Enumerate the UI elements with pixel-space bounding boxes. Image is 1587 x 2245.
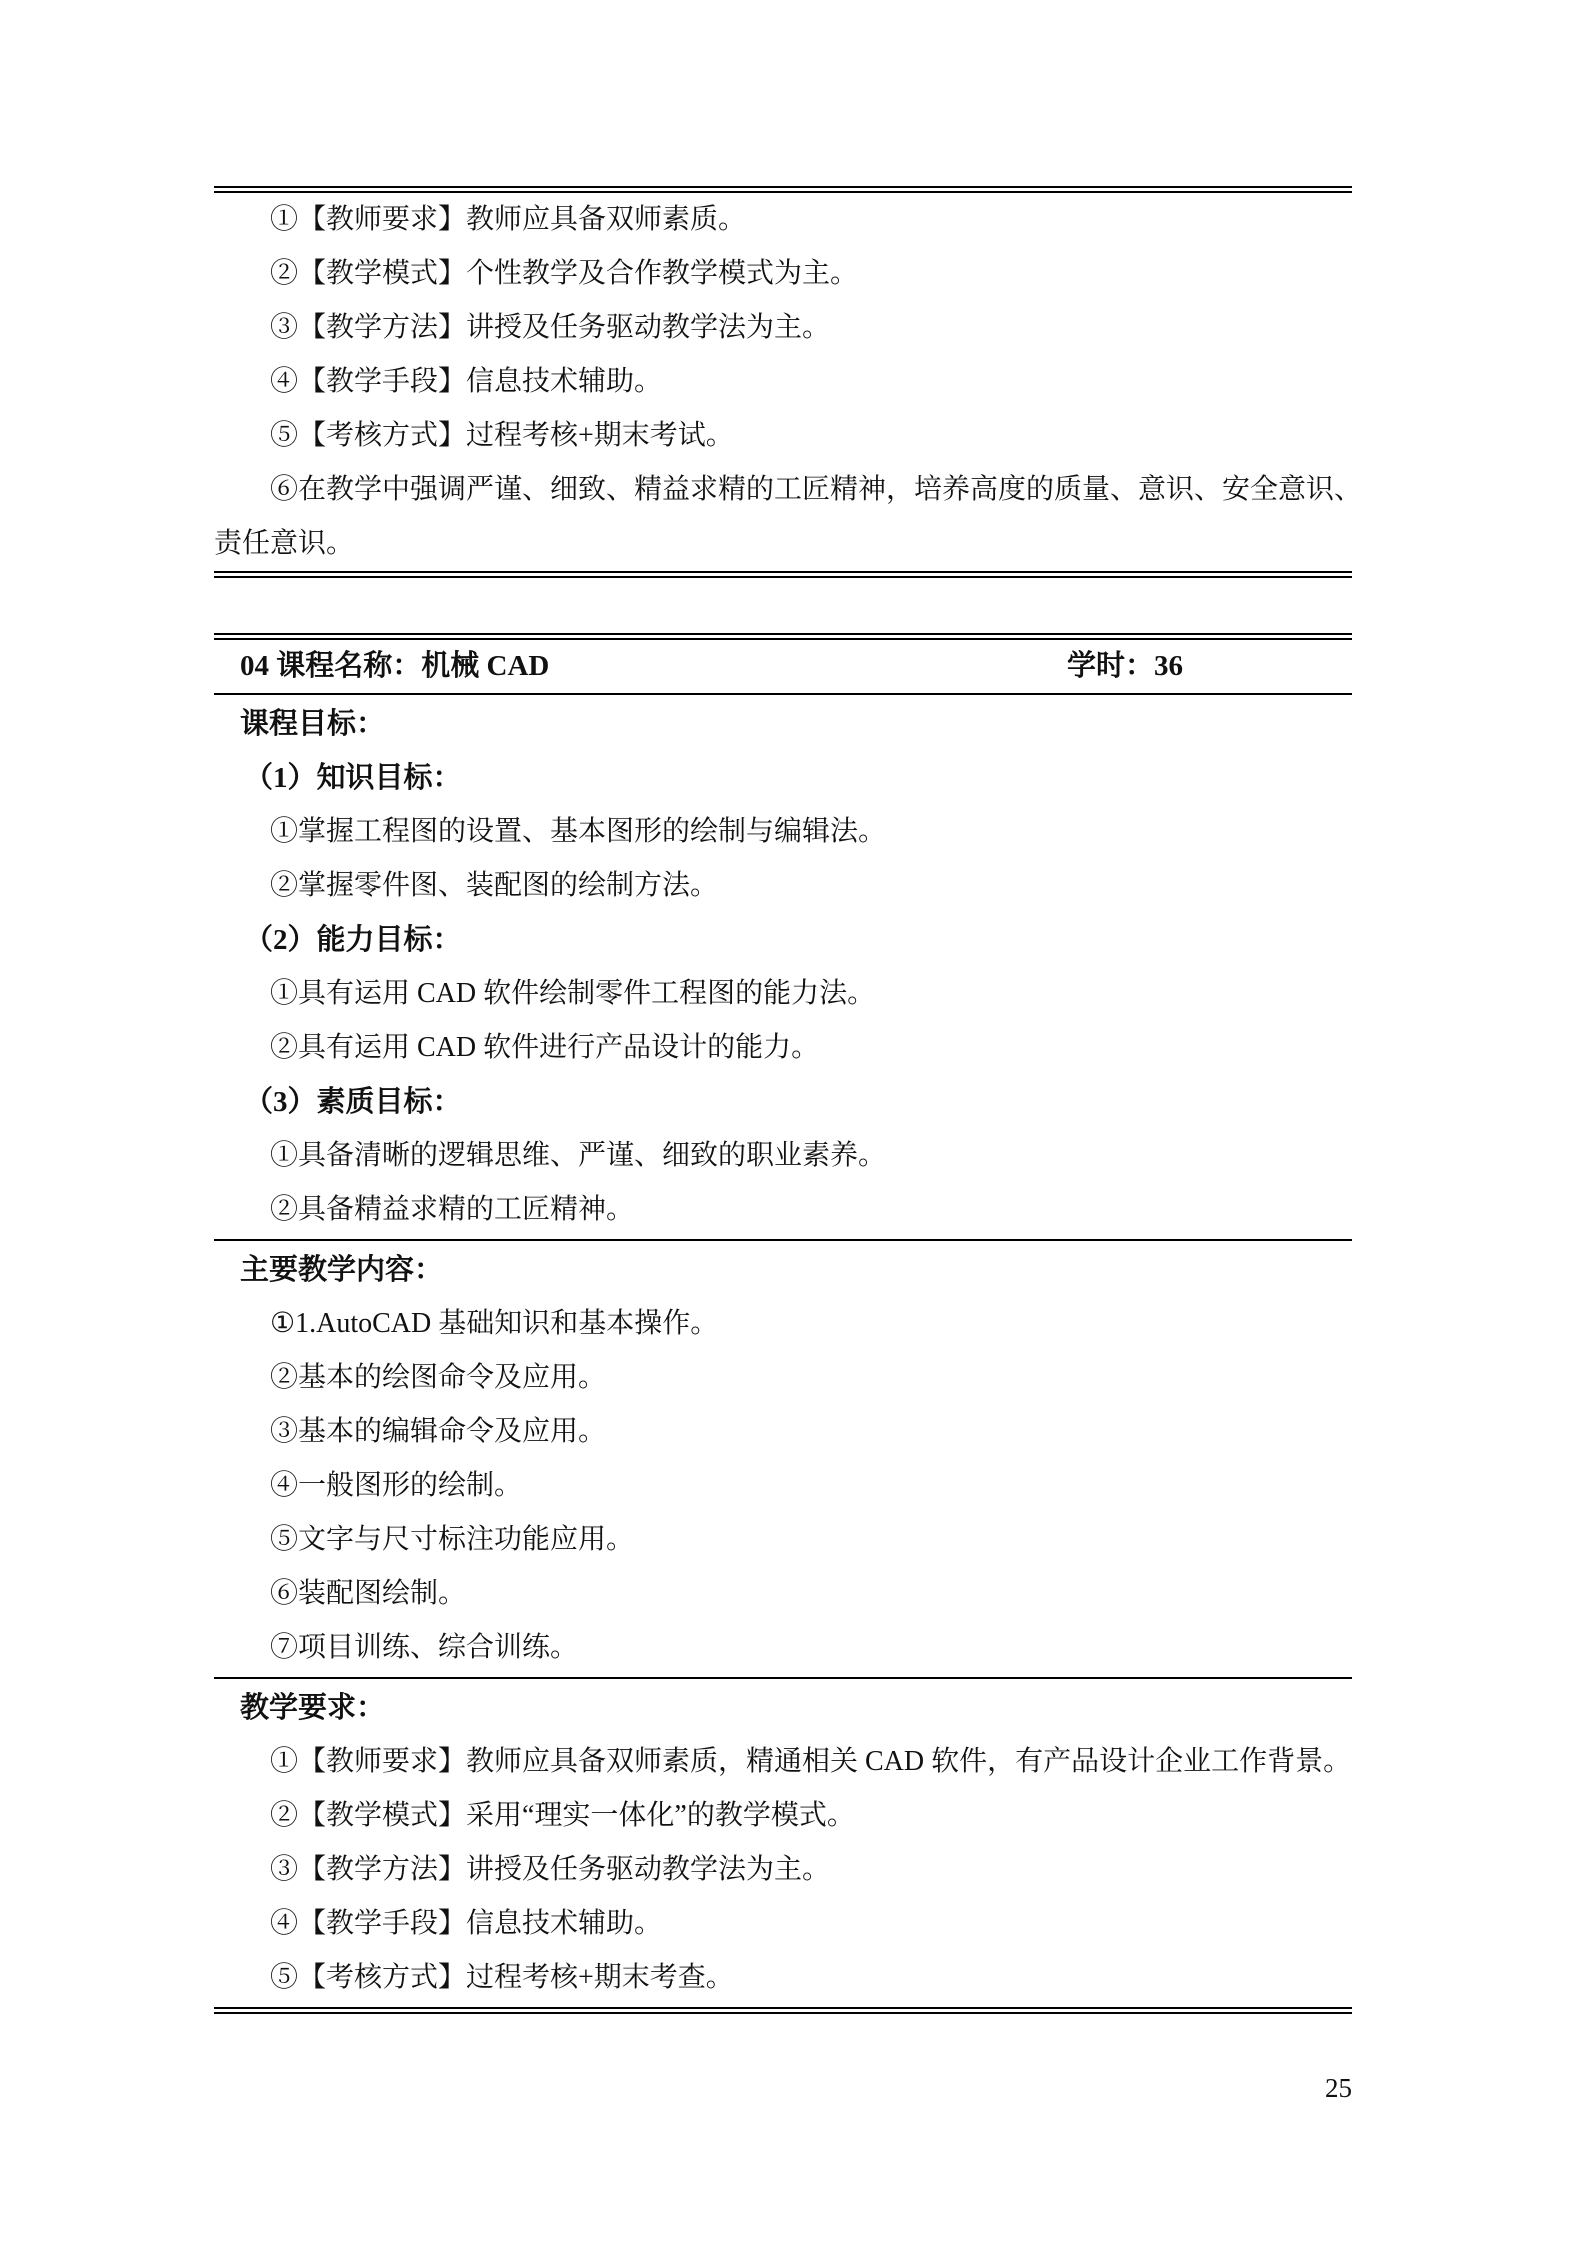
teaching-requirements-section: 教学要求： ①【教师要求】教师应具备双师素质，精通相关 CAD 软件，有产品设计…	[214, 1679, 1352, 2007]
requirement-item-wrapped: ⑥在教学中强调严谨、细致、精益求精的工匠精神，培养高度的质量、意识、安全意识、 …	[214, 463, 1352, 571]
objective-group-label: （3）素质目标：	[214, 1075, 1352, 1129]
page-number: 25	[1325, 2061, 1352, 2115]
course-objectives-section: 课程目标： （1）知识目标： ①掌握工程图的设置、基本图形的绘制与编辑法。 ②掌…	[214, 695, 1352, 1241]
objectives-heading: 课程目标：	[214, 697, 1352, 751]
objective-group-label: （2）能力目标：	[214, 913, 1352, 967]
content-item: ②基本的绘图命令及应用。	[214, 1351, 1352, 1405]
content-item: ⑦项目训练、综合训练。	[214, 1621, 1352, 1675]
requirement-item: ⑤【考核方式】过程考核+期末考试。	[214, 409, 1352, 463]
objective-group-label: （1）知识目标：	[214, 751, 1352, 805]
prev-course-requirements-block: ①【教师要求】教师应具备双师素质。 ②【教学模式】个性教学及合作教学模式为主。 …	[214, 186, 1352, 578]
requirement-item: ④【教学手段】信息技术辅助。	[214, 1897, 1352, 1951]
content-item: ④一般图形的绘制。	[214, 1459, 1352, 1513]
teaching-requirements-heading: 教学要求：	[214, 1681, 1352, 1735]
content-item: ⑥装配图绘制。	[214, 1567, 1352, 1621]
document-content: ①【教师要求】教师应具备双师素质。 ②【教学模式】个性教学及合作教学模式为主。 …	[214, 186, 1352, 2014]
requirement-item: ④【教学手段】信息技术辅助。	[214, 355, 1352, 409]
requirement-item: ①【教师要求】教师应具备双师素质。	[214, 193, 1352, 247]
requirement-item: ⑤【考核方式】过程考核+期末考查。	[214, 1951, 1352, 2005]
requirement-item: ③【教学方法】讲授及任务驱动教学法为主。	[214, 301, 1352, 355]
requirement-item-line1: ⑥在教学中强调严谨、细致、精益求精的工匠精神，培养高度的质量、意识、安全意识、	[214, 463, 1352, 517]
content-item: ⑤文字与尺寸标注功能应用。	[214, 1513, 1352, 1567]
objective-item: ②具备精益求精的工匠精神。	[214, 1183, 1352, 1237]
course-title: 04 课程名称：机械 CAD	[240, 650, 549, 682]
requirement-item: ②【教学模式】个性教学及合作教学模式为主。	[214, 247, 1352, 301]
requirement-item-line2: 责任意识。	[214, 517, 1352, 571]
content-item: ③基本的编辑命令及应用。	[214, 1405, 1352, 1459]
objective-item: ①具有运用 CAD 软件绘制零件工程图的能力法。	[214, 967, 1352, 1021]
objective-item: ②掌握零件图、装配图的绘制方法。	[214, 859, 1352, 913]
teaching-content-heading: 主要教学内容：	[214, 1243, 1352, 1297]
document-page: ①【教师要求】教师应具备双师素质。 ②【教学模式】个性教学及合作教学模式为主。 …	[0, 0, 1587, 2245]
course-hours: 学时：36	[1067, 640, 1183, 693]
requirement-item: ②【教学模式】采用“理实一体化”的教学模式。	[214, 1789, 1352, 1843]
objective-item: ①具备清晰的逻辑思维、严谨、细致的职业素养。	[214, 1129, 1352, 1183]
course-info-block: 04 课程名称：机械 CAD 学时：36 课程目标： （1）知识目标： ①掌握工…	[214, 633, 1352, 2014]
course-header-row: 04 课程名称：机械 CAD 学时：36	[214, 640, 1352, 695]
requirement-item: ③【教学方法】讲授及任务驱动教学法为主。	[214, 1843, 1352, 1897]
objective-item: ②具有运用 CAD 软件进行产品设计的能力。	[214, 1021, 1352, 1075]
objective-item: ①掌握工程图的设置、基本图形的绘制与编辑法。	[214, 805, 1352, 859]
content-item: ①1.AutoCAD 基础知识和基本操作。	[214, 1297, 1352, 1351]
requirement-item: ①【教师要求】教师应具备双师素质，精通相关 CAD 软件，有产品设计企业工作背景…	[214, 1735, 1352, 1789]
teaching-content-section: 主要教学内容： ①1.AutoCAD 基础知识和基本操作。 ②基本的绘图命令及应…	[214, 1241, 1352, 1679]
